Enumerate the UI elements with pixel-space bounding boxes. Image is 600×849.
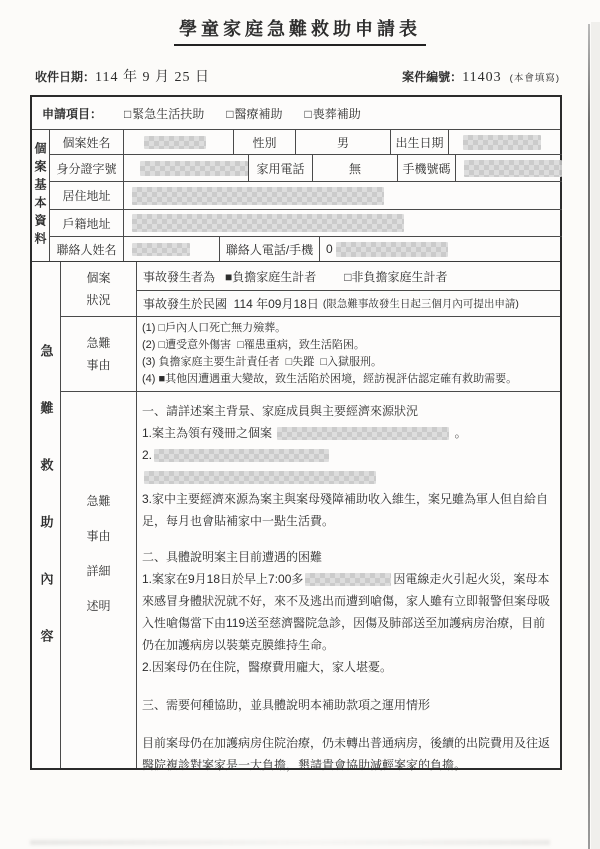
checkbox-icon: □: [124, 107, 131, 121]
detail-heading: 三、需要何種協助，並具體說明本補助款項之運用情形: [142, 694, 552, 716]
detail-line: 1.案主為領有殘冊之個案 。: [142, 422, 552, 444]
detail-heading: 二、具體說明案主目前遭遇的困難: [142, 546, 552, 568]
incident-date-note: (限急難事故發生日起三個月內可提出申請): [323, 296, 519, 311]
contact-name-value: [124, 237, 220, 261]
detail-line: 2.因案母仍在住院，醫療費用龐大，家人堪憂。: [142, 656, 552, 678]
contact-name-label: 聯絡人姓名: [50, 237, 124, 261]
cause-label: 急難 事由: [61, 317, 137, 391]
checkbox-icon: □: [226, 107, 233, 121]
case-number: 案件編號：11403(本會填寫): [402, 68, 560, 86]
apply-items-label: 申請項目：: [42, 105, 102, 122]
id-number-label: 身分證字號: [50, 155, 124, 181]
received-date: 收件日期：114 年 9 月 25 日: [35, 66, 210, 86]
case-status-row: 個案 狀況 事故發生者為 ■負擔家庭生計者 □非負擔家庭生計者 事故發生於民國 …: [61, 262, 560, 317]
meta-row: 收件日期：114 年 9 月 25 日 案件編號：11403(本會填寫): [35, 66, 560, 86]
birth-date-value: [449, 130, 562, 154]
cause-options: (1) □戶內人口死亡無力殮葬。 (2) □遭受意外傷害 □罹患重病，致生活陷困…: [137, 317, 560, 391]
redacted-text: [144, 471, 376, 484]
gender-value: 男: [296, 130, 391, 154]
relief-section: 急難救助內容 個案 狀況 事故發生者為 ■負擔家庭生計者 □非負擔家庭生計者: [32, 262, 560, 768]
relief-section-label: 急難救助內容: [32, 262, 61, 768]
received-date-value: 114 年 9 月 25 日: [95, 70, 210, 85]
basic-info-row-5: 聯絡人姓名 聯絡人電話/手機 0: [50, 237, 562, 261]
contact-phone-label: 聯絡人電話/手機: [220, 237, 320, 261]
incident-date-line: 事故發生於民國 114 年09月18日 (限急難事故發生日起三個月內可提出申請): [137, 291, 560, 316]
redacted-text: [154, 449, 329, 462]
detail-label: 急難 事由 詳細 述明: [61, 392, 137, 768]
birth-date-label: 出生日期: [391, 130, 449, 154]
cause-option-3: (3) 負擔家庭主要生計責任者 □失蹤 □入獄服刑。: [142, 354, 556, 371]
scan-smudge: [30, 840, 550, 845]
basic-info-row-3: 居住地址: [50, 182, 562, 210]
mobile-label: 手機號碼: [398, 155, 456, 181]
redacted-birth-date: [463, 135, 541, 150]
home-phone-value: 無: [313, 155, 398, 181]
basic-info-row-2: 身分證字號 家用電話 無 手機號碼: [50, 155, 562, 182]
detail-line: 1.案家在9月18日於早上7:00多因電線走火引起火災，案母本來感冒身體狀況就不…: [142, 568, 552, 656]
basic-info-section-label: 個案基本資料: [32, 130, 50, 261]
redacted-text: [305, 573, 391, 586]
cause-option-2: (2) □遭受意外傷害 □罹患重病，致生活陷困。: [142, 337, 556, 354]
scan-page-edge: [591, 22, 600, 849]
redacted-id-number: [140, 161, 248, 176]
scanned-form-page: 學童家庭急難救助申請表 收件日期：114 年 9 月 25 日 案件編號：114…: [0, 0, 600, 849]
form-title: 學童家庭急難救助申請表: [174, 15, 426, 46]
id-number-value: [124, 155, 249, 181]
case-number-value: 11403: [462, 70, 501, 85]
apply-option-funeral: □喪葬補助: [305, 105, 361, 122]
detail-heading: 一、請詳述案主背景、家庭成員與主要經濟來源狀況: [142, 400, 552, 422]
basic-info-row-4: 戶籍地址: [50, 210, 562, 237]
case-name-value: [124, 130, 234, 154]
apply-option-medical: □醫療補助: [226, 105, 282, 122]
apply-items-row: 申請項目： □緊急生活扶助 □醫療補助 □喪葬補助: [32, 97, 560, 130]
scan-edge-line: [588, 24, 590, 849]
case-number-label: 案件編號：: [402, 70, 462, 84]
non-breadwinner-option: □非負擔家庭生計者: [344, 268, 447, 285]
redacted-mobile: [464, 160, 562, 177]
residence-address-label: 居住地址: [50, 182, 124, 209]
apply-option-emergency-living: □緊急生活扶助: [124, 105, 204, 122]
detail-row: 急難 事由 詳細 述明 一、請詳述案主背景、家庭成員與主要經濟來源狀況1.案主為…: [61, 392, 560, 768]
basic-info-section: 個案基本資料 個案姓名 性別 男 出生日期 身分證字號 家用電話 無 手機號碼: [32, 130, 560, 262]
contact-phone-value: 0: [320, 237, 562, 261]
received-date-label: 收件日期：: [35, 70, 95, 84]
basic-info-row-1: 個案姓名 性別 男 出生日期: [50, 130, 562, 155]
incident-person-line: 事故發生者為 ■負擔家庭生計者 □非負擔家庭生計者: [137, 262, 560, 291]
cause-option-1: (1) □戶內人口死亡無力殮葬。: [142, 320, 556, 337]
redacted-residence-address: [132, 187, 384, 205]
detail-line: 3.家中主要經濟來源為案主與案母殘障補助收入維生，案兄雖為軍人但自給自足，每月也…: [142, 488, 552, 532]
household-address-label: 戶籍地址: [50, 210, 124, 236]
redacted-name: [144, 136, 206, 149]
detail-line: 目前案母仍在加護病房住院治療，仍未轉出普通病房，後續的出院費用及往返醫院複診對案…: [142, 732, 552, 776]
checkbox-icon: □: [305, 107, 312, 121]
case-number-note: (本會填寫): [510, 73, 560, 84]
detail-text: 一、請詳述案主背景、家庭成員與主要經濟來源狀況1.案主為領有殘冊之個案 。2.3…: [137, 392, 560, 768]
home-phone-label: 家用電話: [249, 155, 313, 181]
redacted-contact-name: [132, 243, 190, 256]
breadwinner-option-checked: ■負擔家庭生計者: [225, 268, 316, 285]
residence-address-value: [124, 182, 562, 209]
form-box: 申請項目： □緊急生活扶助 □醫療補助 □喪葬補助 個案基本資料 個案姓名 性別…: [30, 95, 562, 770]
detail-line: 2.: [142, 444, 552, 488]
household-address-value: [124, 210, 562, 236]
cause-option-4: (4) ■其他因遭遇重大變故，致生活陷於困境，經訪視評估認定確有救助需要。: [142, 371, 556, 388]
cause-row: 急難 事由 (1) □戶內人口死亡無力殮葬。 (2) □遭受意外傷害 □罹患重病…: [61, 317, 560, 392]
redacted-contact-phone: [336, 242, 448, 257]
redacted-text: [277, 427, 449, 440]
case-status-label: 個案 狀況: [61, 262, 137, 316]
redacted-household-address: [132, 214, 404, 232]
gender-label: 性別: [234, 130, 296, 154]
mobile-value: [456, 155, 562, 181]
case-name-label: 個案姓名: [50, 130, 124, 154]
